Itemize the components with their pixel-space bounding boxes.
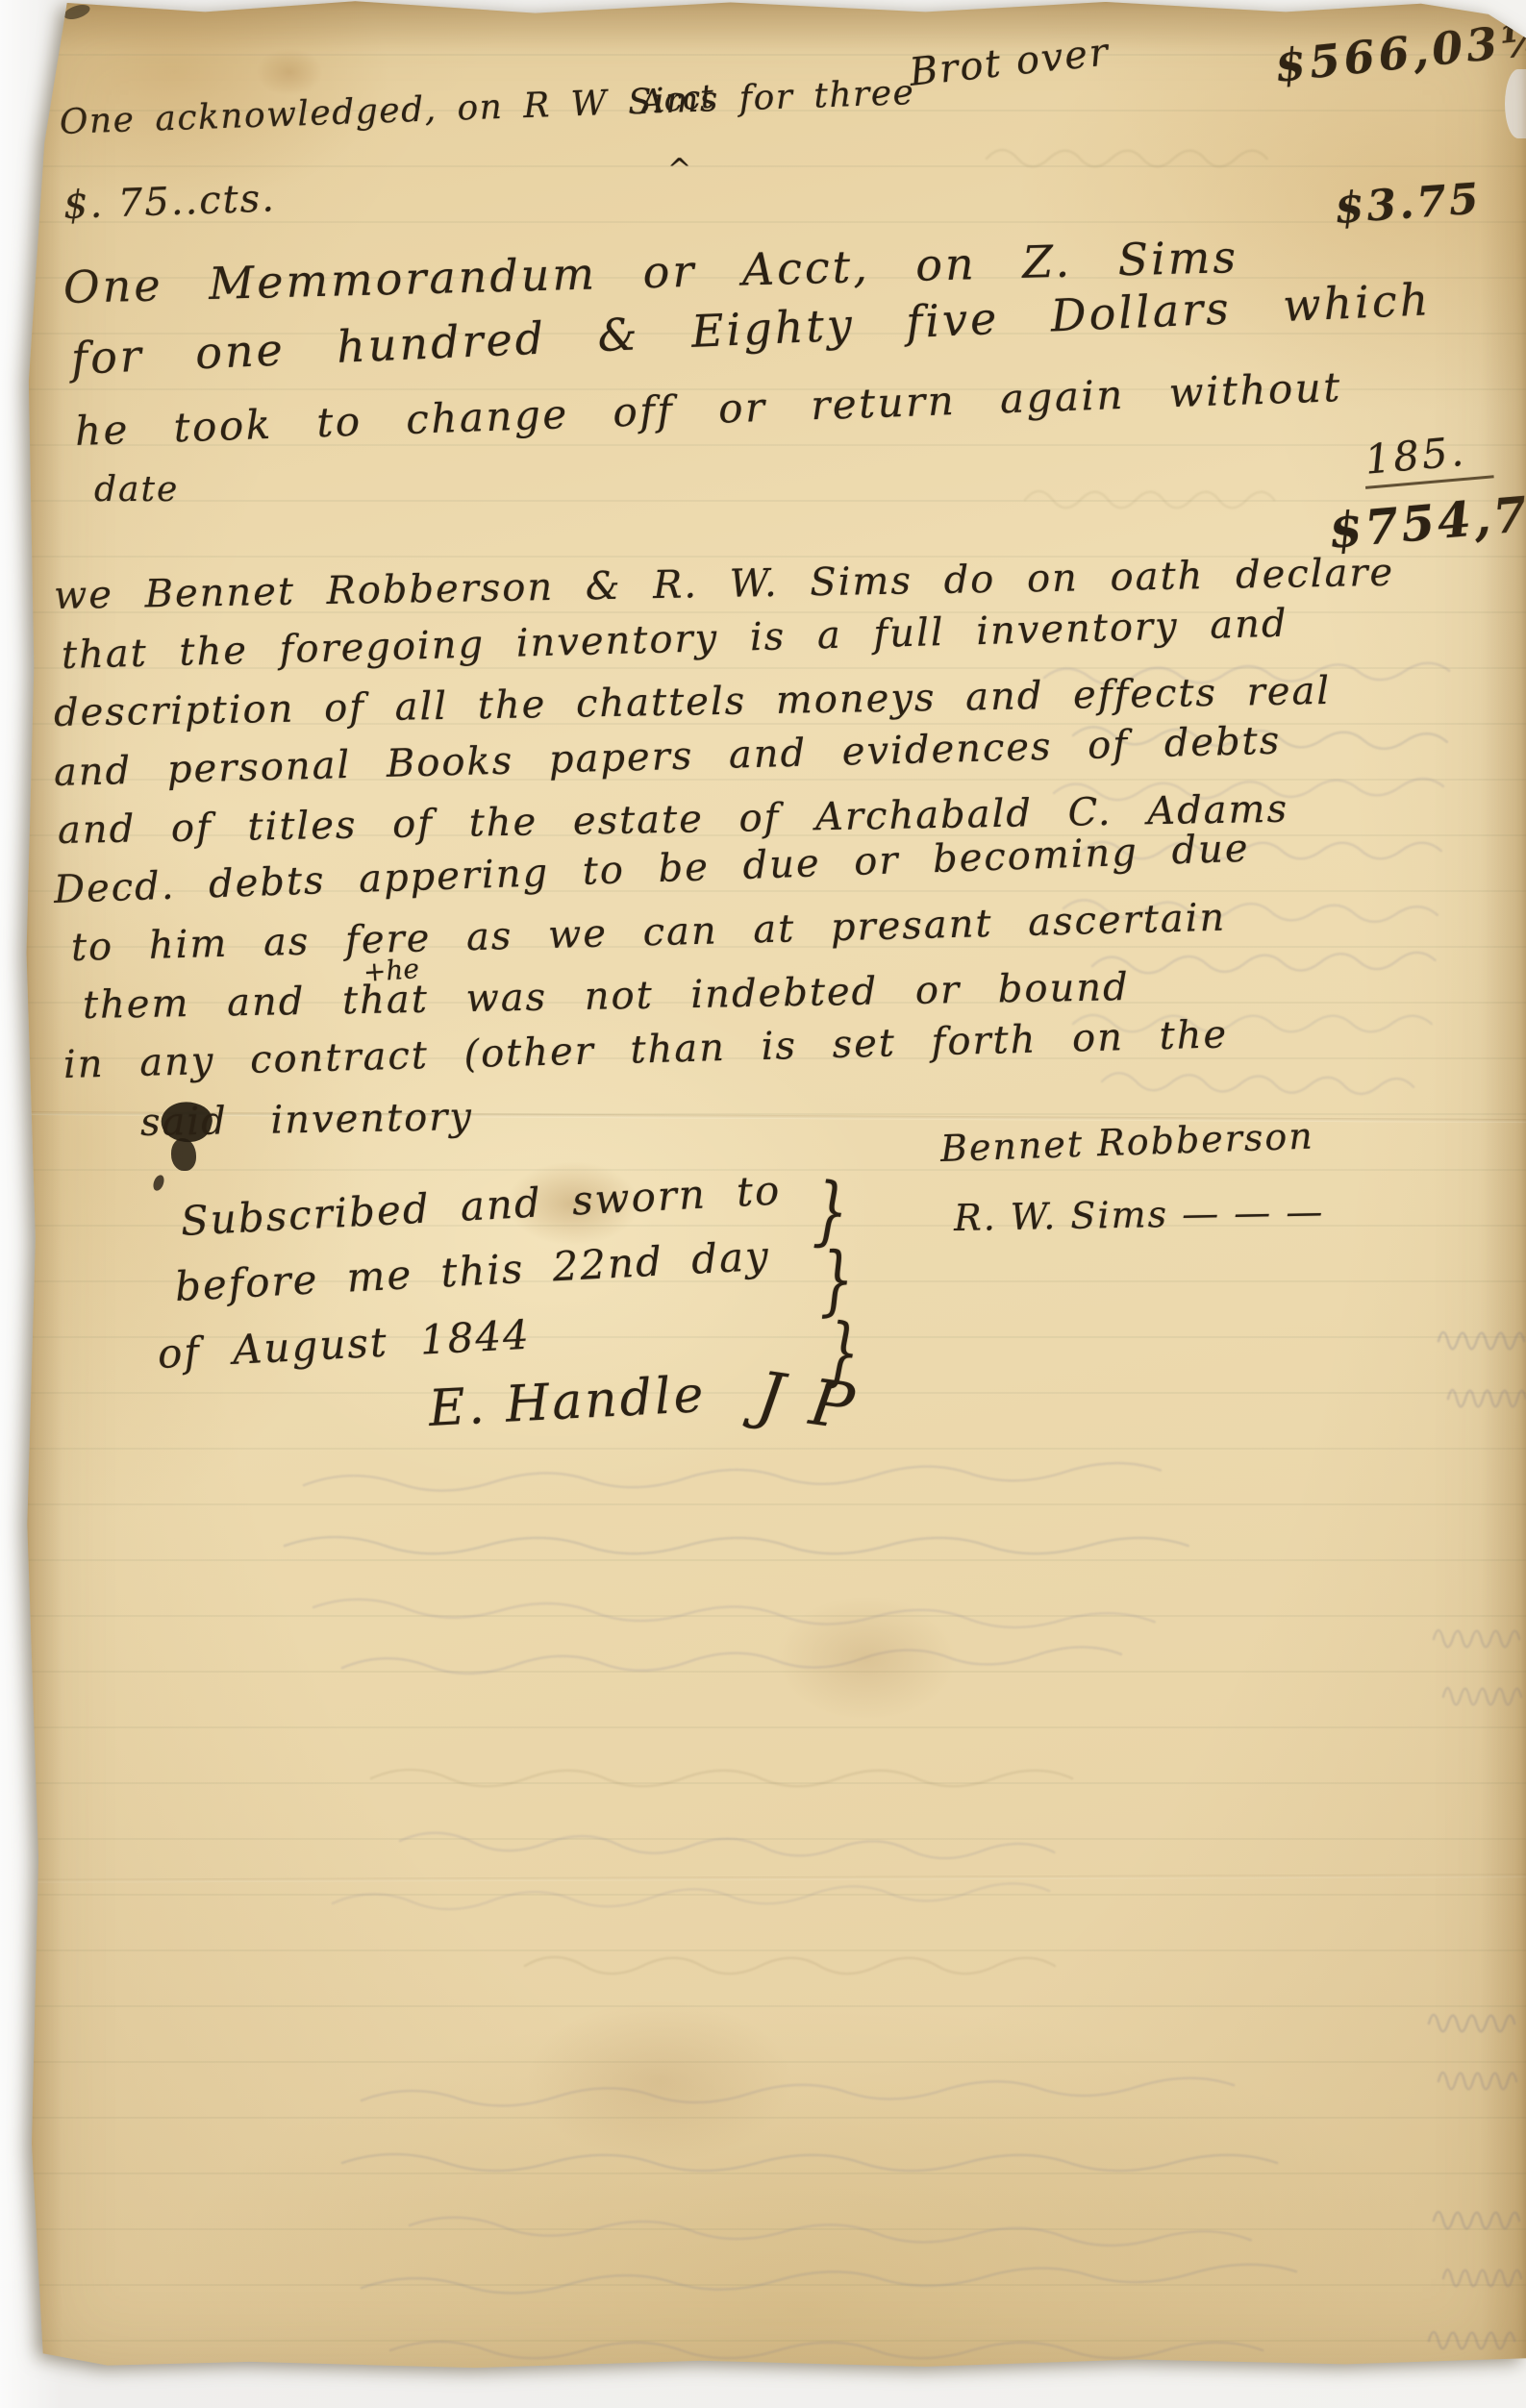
entry1-amount: $3.75	[1333, 178, 1482, 231]
attestation-line1: Subscribed and sworn to	[180, 1170, 782, 1242]
attestation-line3: of August 1844	[157, 1315, 532, 1375]
scanned-document-page: { "colors": { "ink": "#2a2013", "paper":…	[0, 0, 1526, 2408]
paper-sheet-wrap: Brot over $566,03¼ Acct ^ One acknowledg…	[25, 0, 1526, 2382]
entry2-line4: date	[94, 473, 179, 508]
oath-insert-above: +he	[363, 956, 420, 986]
fold-crease	[25, 1874, 1526, 1882]
entry2-line3: he took to change off or return again wi…	[74, 367, 1342, 452]
entry1-line2: $. 75..cts.	[63, 179, 276, 225]
brot-over-label: Brot over	[908, 33, 1112, 92]
ink-blot	[151, 1174, 165, 1192]
signature-rw-sims: R. W. Sims — — —	[954, 1193, 1325, 1236]
oath-line: to him as fere as we can at presant asce…	[70, 899, 1226, 967]
entry2-total: $754,77	[1327, 487, 1526, 556]
stain	[256, 48, 323, 96]
brot-over-amount: $566,03¼	[1273, 15, 1526, 88]
oath-line: in any contract (other than is set forth…	[63, 1015, 1228, 1084]
paper-sheet: Brot over $566,03¼ Acct ^ One acknowledg…	[25, 0, 1526, 2382]
paper-edge-notch	[1505, 69, 1526, 138]
stain	[775, 1596, 958, 1721]
attestation-line2: before me this 22nd day	[174, 1236, 771, 1307]
entry1-line1: One acknowledged, on R W Sims for three	[59, 76, 915, 140]
oath-line: that the foregoing inventory is a full i…	[61, 605, 1288, 675]
officer-signature: E. Handle	[428, 1370, 708, 1434]
signature-bennet-robberson: Bennet Robberson	[939, 1117, 1314, 1167]
stain	[525, 1999, 794, 2163]
officer-title: J P	[753, 1363, 861, 1440]
entry2-amount: 185.	[1362, 429, 1493, 488]
oath-line: said inventory	[140, 1098, 474, 1142]
edge-mark	[63, 2, 92, 22]
entry1-caret: ^	[667, 156, 691, 185]
oath-line: them and that was not indebted or bound	[83, 968, 1130, 1025]
